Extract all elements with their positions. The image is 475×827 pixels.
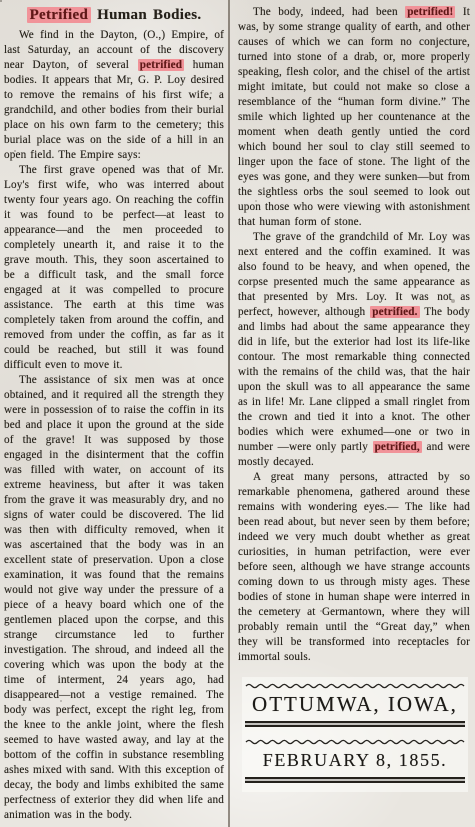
wavy-rule-icon bbox=[245, 682, 465, 689]
newspaper-scan-page: Petrified Human Bodies. We find in the D… bbox=[0, 0, 475, 827]
paragraph-4-text-pre: The body, indeed, had been bbox=[253, 6, 405, 18]
wavy-rule-icon bbox=[245, 738, 465, 745]
paragraph-2: The first grave opened was that of Mr. L… bbox=[4, 163, 224, 373]
paragraph-4: The body, indeed, had been petrified! It… bbox=[238, 5, 470, 230]
highlight-petrified-1: petrified bbox=[138, 59, 184, 71]
left-column: Petrified Human Bodies. We find in the D… bbox=[0, 0, 228, 827]
masthead-date: FEBRUARY 8, 1855. bbox=[245, 749, 465, 771]
paragraph-1-text-post: human bodies. It appears that Mr, G. P. … bbox=[4, 59, 224, 161]
thick-rule bbox=[245, 721, 465, 727]
title-rest: Human Bodies. bbox=[91, 7, 201, 23]
highlight-petrified-3: petrified. bbox=[370, 306, 419, 318]
paragraph-4-text-post: It was, by some strange quality of earth… bbox=[238, 6, 470, 228]
paragraph-5-text-pre: The grave of the grandchild of Mr. Loy w… bbox=[238, 231, 470, 318]
paper-speckles bbox=[0, 0, 2, 2]
right-column: The body, indeed, had been petrified! It… bbox=[230, 0, 475, 827]
title-highlight-petrified: Petrified bbox=[27, 7, 92, 23]
column-divider bbox=[228, 0, 230, 827]
masthead-location: OTTUMWA, IOWA, bbox=[245, 692, 465, 716]
thick-rule bbox=[245, 777, 465, 783]
article-title: Petrified Human Bodies. bbox=[4, 6, 224, 24]
highlight-petrified-4: petrified, bbox=[373, 441, 422, 453]
highlight-petrified-2: petrified! bbox=[405, 6, 455, 18]
paragraph-6: A great many persons, attracted by so re… bbox=[238, 470, 470, 665]
article-columns: Petrified Human Bodies. We find in the D… bbox=[0, 0, 475, 827]
paragraph-5: The grave of the grandchild of Mr. Loy w… bbox=[238, 230, 470, 470]
masthead-clipping: OTTUMWA, IOWA, FEBRUARY 8, 1855. bbox=[242, 677, 468, 792]
paragraph-1: We find in the Dayton, (O.,) Empire, of … bbox=[4, 28, 224, 163]
paragraph-5-text-mid: The body and limbs had about the same ap… bbox=[238, 306, 470, 453]
paragraph-3: The assistance of six men was at once ob… bbox=[4, 373, 224, 823]
